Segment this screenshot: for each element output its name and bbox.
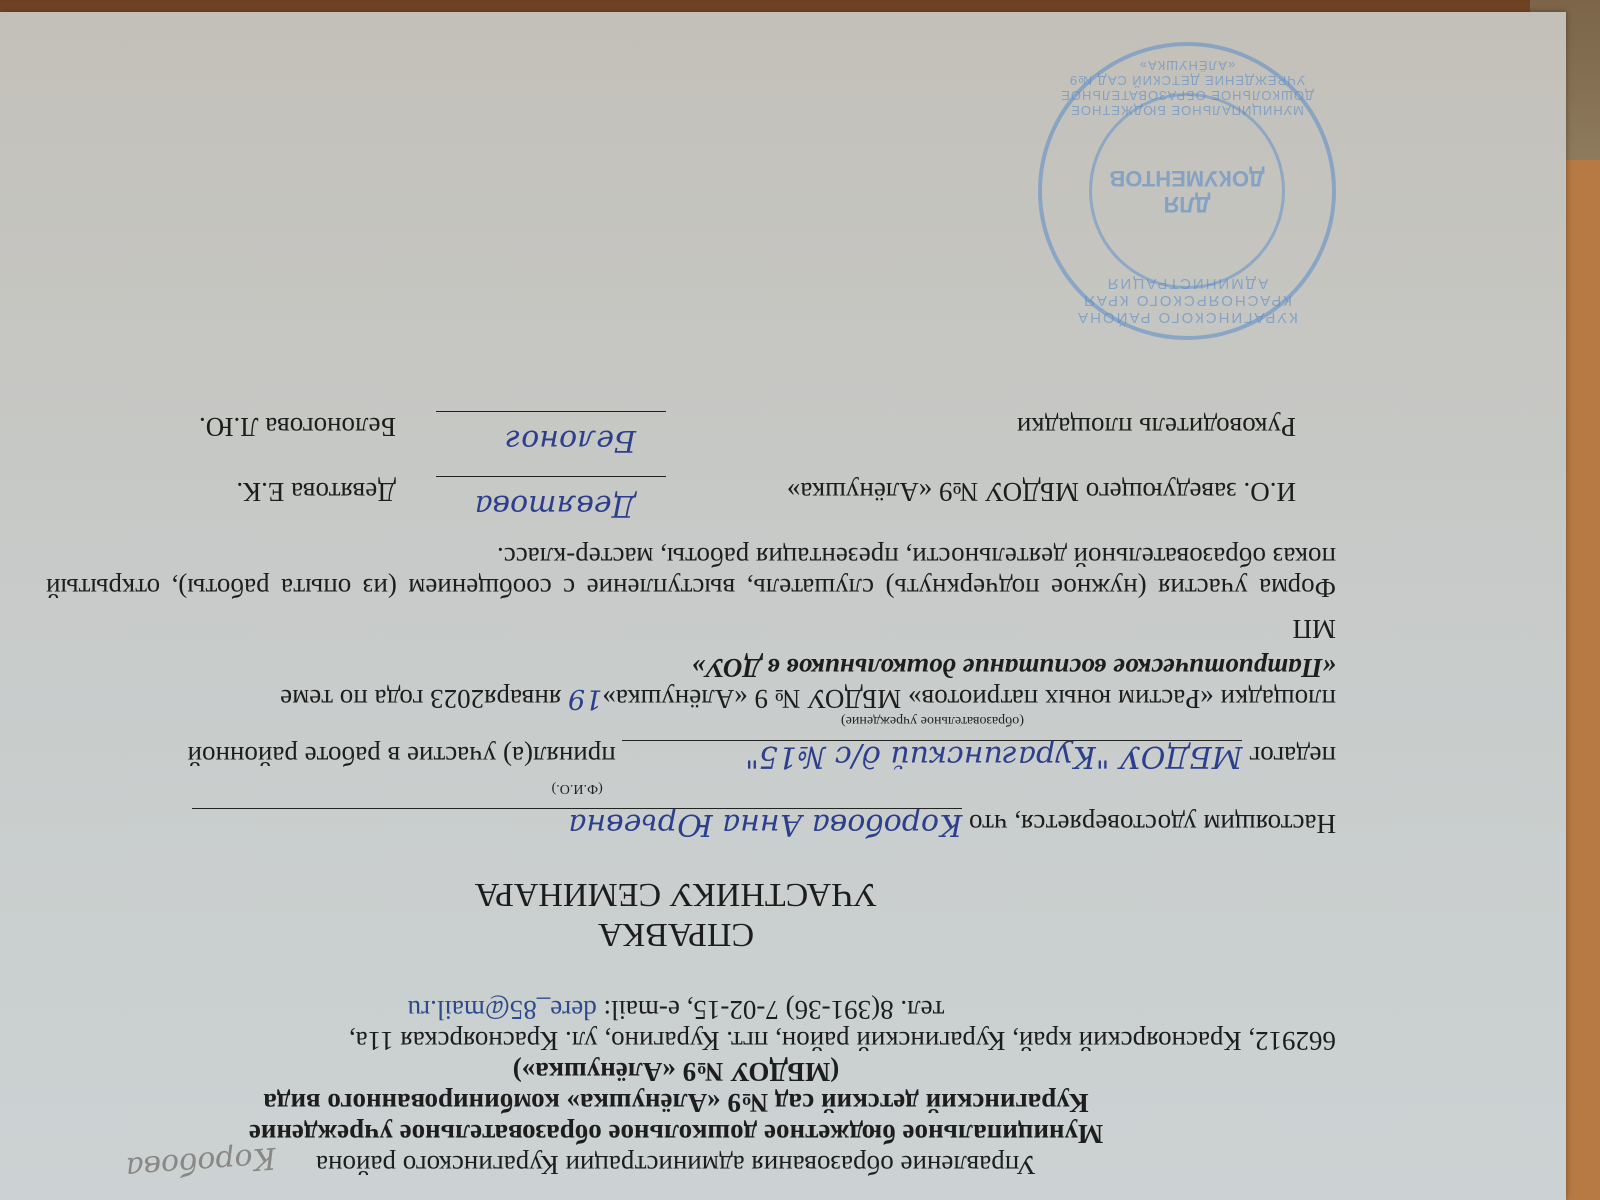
name-caption: (Ф.И.О.) (192, 773, 962, 804)
header-contacts: тел. 8(391-36) 7-02-15, е-mail: dere_85@… (56, 994, 1296, 1025)
certify-prefix: Настоящим удостоверяется, что (969, 809, 1336, 839)
certificate-page: Коробова Управление образования админист… (0, 12, 1566, 1200)
stamp-center: ДЛЯ ДОКУМЕНТОВ (1089, 93, 1285, 289)
signature-line: Девятова (436, 476, 666, 517)
stamp-ring-text: КУРАГИНСКОГО РАЙОНА КРАСНОЯРСКОГО КРАЯ А… (1042, 275, 1332, 326)
seminar-theme: «Патриотическое воспитание дошкольников … (46, 652, 1336, 683)
participation-form: Форма участия (нужное подчеркнуть) слуша… (46, 541, 1336, 603)
platform-line: площадки «Растим юных патриотов» МБДОУ №… (46, 683, 1336, 714)
participant-name-field: Коробова Анна Юрьевна (Ф.И.О.) (192, 808, 962, 840)
certify-line: Настоящим удостоверяется, что Коробова А… (46, 808, 1336, 840)
official-stamp: КУРАГИНСКОГО РАЙОНА КРАСНОЯРСКОГО КРАЯ А… (1038, 42, 1336, 340)
signature-ink: Девятова (475, 488, 636, 523)
participation-text: принял(а) участие в работе районной (188, 741, 616, 771)
header-org-line2: Курагинский детский сад №9 «Алёнушка» ко… (56, 1087, 1296, 1118)
institution-line: педагог МБДОУ "Курагинский д/с №15" (обр… (46, 740, 1336, 772)
date-day: 19 (568, 683, 602, 714)
document-title: СПРАВКА (56, 914, 1296, 954)
signer-title: И.О. заведующего МБДОУ №9 «Алёнушка» (666, 476, 1296, 507)
phone-text: тел. 8(391-36) 7-02-15, е-mail: (603, 995, 944, 1025)
signature-ink: Белоног (506, 423, 636, 458)
signer-title: Руководитель площадки (666, 411, 1296, 442)
document-subtitle: УЧАСТНИКУ СЕМИНАРА (56, 874, 1296, 914)
date-rest: января2023 года по теме (280, 684, 561, 714)
header-org-short: (МБДОУ №9 «Алёнушка») (56, 1056, 1296, 1087)
signature-row-head: И.О. заведующего МБДОУ №9 «Алёнушка» Дев… (56, 476, 1296, 517)
stamp-center-text: ДЛЯ ДОКУМЕНТОВ (1092, 165, 1282, 217)
header-org-line1: Муниципальное бюджетное дошкольное образ… (56, 1118, 1296, 1149)
seal-mark: МП (46, 613, 1336, 644)
institution-field: МБДОУ "Курагинский д/с №15" (образовател… (622, 740, 1242, 772)
stamp-inner-ring-text: МУНИЦИПАЛЬНОЕ БЮДЖЕТНОЕ ДОШКОЛЬНОЕ ОБРАЗ… (1042, 58, 1332, 118)
header-authority: Управление образования администрации Кур… (56, 1149, 1296, 1180)
header-address: 662912, Красноярский край, Курагинский р… (56, 1025, 1336, 1056)
email-link[interactable]: dere_85@mail.ru (408, 995, 597, 1025)
document-content: Управление образования администрации Кур… (56, 411, 1296, 1180)
signer-name: Белоногова Л.Ю. (199, 411, 396, 442)
role-prefix: педагог (1249, 741, 1336, 771)
signature-line: Белоног (436, 411, 666, 452)
signer-name: Девятова Е.К. (236, 476, 396, 507)
signature-row-lead: Руководитель площадки Белоног Белоногова… (56, 411, 1296, 452)
